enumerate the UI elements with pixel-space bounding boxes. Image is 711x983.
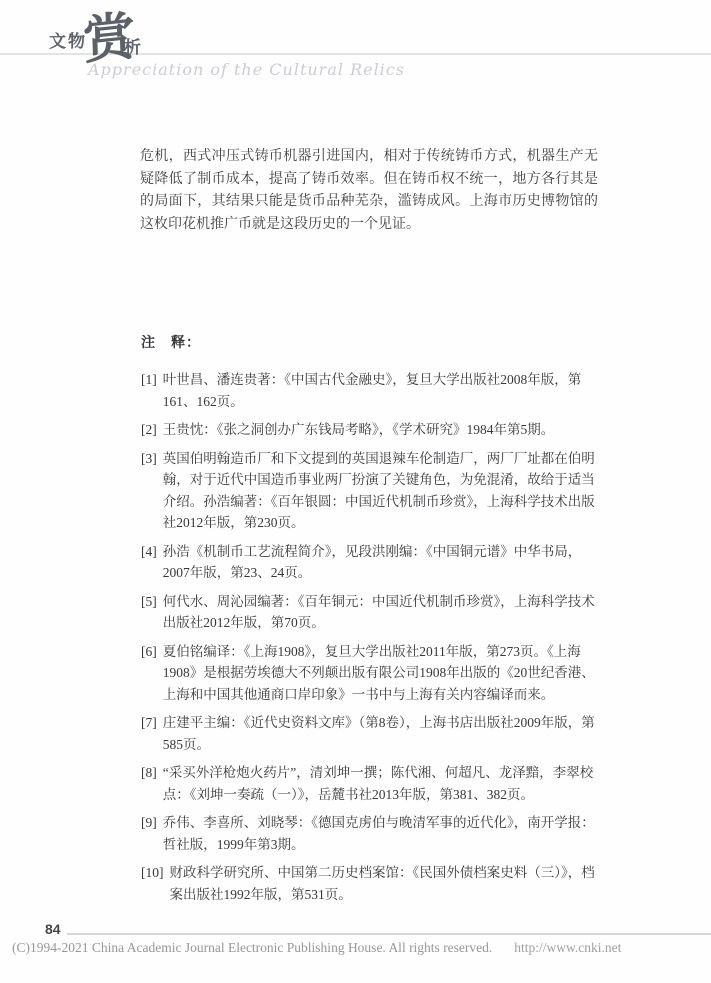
footnote-item: [3] 英国伯明翰造币厂和下文提到的英国退辣车伦制造厂，两厂厂址都在伯明翰，对于… [141,448,602,534]
footnote-text: 庄建平主编：《近代史资料文库》（第8卷），上海书店出版社2009年版，第585页… [163,712,602,755]
article-paragraph: 危机，西式冲压式铸币机器引进国内，相对于传统铸币方式，机器生产无疑降低了制币成本… [140,144,598,234]
footnote-text: 英国伯明翰造币厂和下文提到的英国退辣车伦制造厂，两厂厂址都在伯明翰，对于近代中国… [163,448,602,534]
notes-section: 注 释： [1] 叶世昌、潘连贵著：《中国古代金融史》，复旦大学出版社2008年… [141,332,602,912]
footnote-item: [10] 财政科学研究所、中国第二历史档案馆：《民国外债档案史料（三）》，档案出… [141,862,602,905]
footnote-marker: [1] [141,369,157,412]
page-number: 84 [45,921,61,937]
footnote-text: 财政科学研究所、中国第二历史档案馆：《民国外债档案史料（三）》，档案出版社199… [170,862,603,905]
footnote-text: 孙浩《机制币工艺流程简介》，见段洪刚编：《中国铜元谱》中华书局，2007年版，第… [163,541,602,584]
footnote-marker: [3] [141,448,157,534]
footnote-text: 夏伯铭编译：《上海1908》，复旦大学出版社2011年版，第273页。《上海19… [163,641,602,706]
footnote-text: 乔伟、李喜所、刘晓琴：《德国克虏伯与晚清军事的近代化》，南开学报：哲社版，199… [163,812,602,855]
footnote-marker: [8] [141,762,157,805]
notes-list: [1] 叶世昌、潘连贵著：《中国古代金融史》，复旦大学出版社2008年版，第16… [141,369,602,905]
footnote-text: “采买外洋枪炮火药片”，清刘坤一撰；陈代湘、何超凡、龙泽黯，李翠校点：《刘坤一奏… [163,762,602,805]
footnote-item: [4] 孙浩《机制币工艺流程简介》，见段洪刚编：《中国铜元谱》中华书局，2007… [141,541,602,584]
footer-divider [67,933,711,935]
footnote-marker: [10] [141,862,164,905]
footnote-marker: [7] [141,712,157,755]
footnote-marker: [5] [141,591,157,634]
footnote-item: [9] 乔伟、李喜所、刘晓琴：《德国克虏伯与晚清军事的近代化》，南开学报：哲社版… [141,812,602,855]
journal-logo-prefix: 文物 [49,27,87,52]
footnote-text: 何代水、周沁园编著：《百年铜元：中国近代机制币珍赏》，上海科学技术出版社2012… [163,591,602,634]
journal-page: 文物 赏 析 Appreciation of the Cultural Reli… [0,0,711,983]
footnote-item: [7] 庄建平主编：《近代史资料文库》（第8卷），上海书店出版社2009年版，第… [141,712,602,755]
footnote-item: [2] 王贵忱：《张之洞创办广东钱局考略》，《学术研究》1984年第5期。 [141,419,602,441]
footnote-marker: [9] [141,812,157,855]
footnote-item: [5] 何代水、周沁园编著：《百年铜元：中国近代机制币珍赏》，上海科学技术出版社… [141,591,602,634]
cnki-url: http://www.cnki.net [514,940,621,955]
footnote-item: [8] “采买外洋枪炮火药片”，清刘坤一撰；陈代湘、何超凡、龙泽黯，李翠校点：《… [141,762,602,805]
copyright-line: (C)1994-2021 China Academic Journal Elec… [12,940,621,956]
footnote-text: 王贵忱：《张之洞创办广东钱局考略》，《学术研究》1984年第5期。 [163,419,602,441]
footnote-item: [6] 夏伯铭编译：《上海1908》，复旦大学出版社2011年版，第273页。《… [141,641,602,706]
notes-heading: 注 释： [141,332,602,352]
footnote-marker: [6] [141,641,157,706]
footnote-marker: [2] [141,419,157,441]
footnote-text: 叶世昌、潘连贵著：《中国古代金融史》，复旦大学出版社2008年版，第161、16… [163,369,602,412]
footnote-marker: [4] [141,541,157,584]
copyright-text: (C)1994-2021 China Academic Journal Elec… [12,940,492,955]
journal-logo-big-char: 赏 [82,7,136,71]
footnote-item: [1] 叶世昌、潘连贵著：《中国古代金融史》，复旦大学出版社2008年版，第16… [141,369,602,412]
